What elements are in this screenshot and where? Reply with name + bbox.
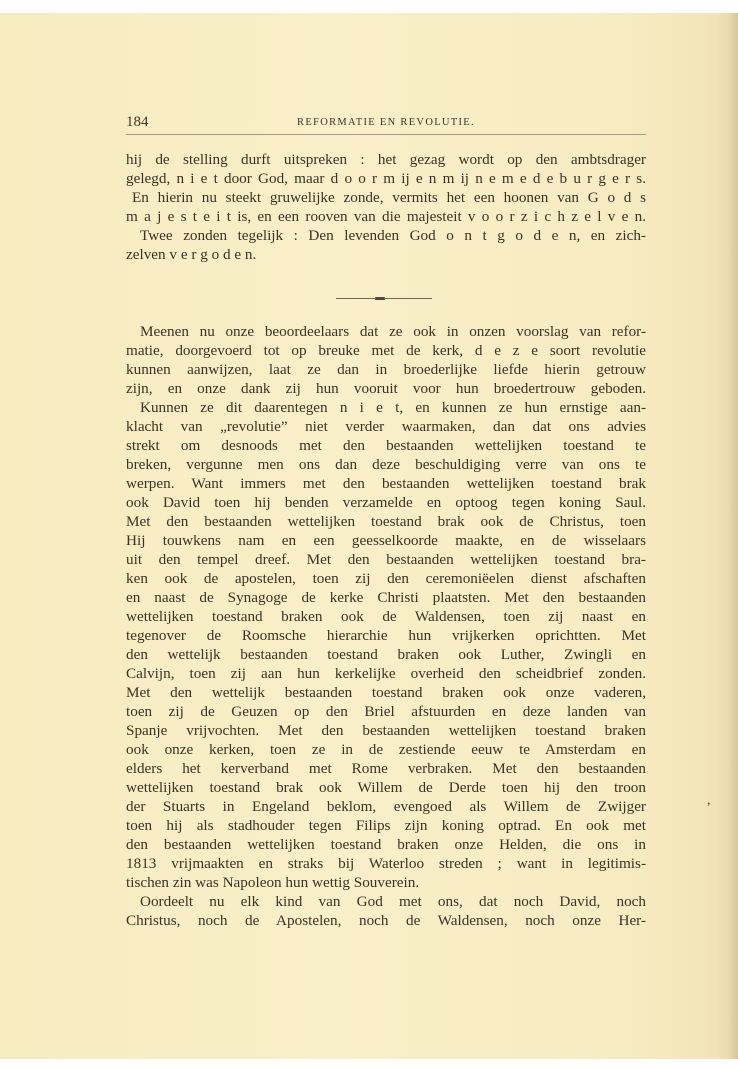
text-line: toen hij als stadhouder tegen Filips zij…	[126, 816, 646, 835]
text-line: der Stuarts in Engeland beklom, evengoed…	[126, 797, 646, 816]
page-header: 184 REFORMATIE EN REVOLUTIE.	[126, 114, 646, 134]
text-line: ook onze kerken, toen ze in de zestiende…	[126, 740, 646, 759]
text-line: Christus, noch de Apostelen, noch de Wal…	[126, 911, 646, 930]
text-line: uit den tempel dreef. Met den bestaanden…	[126, 550, 646, 569]
text-line: kunnen aanwijzen, laat ze dan in broeder…	[126, 360, 646, 379]
text-line: Oordeelt nu elk kind van God met ons, da…	[140, 892, 646, 911]
page-edge-shadow	[728, 13, 738, 1059]
margin-mark: ,	[707, 793, 711, 809]
header-rule	[126, 134, 646, 135]
text-line: ook David toen hij benden verzamelde en …	[126, 493, 646, 512]
text-line: Hij touwkens nam en een geesselkoorde ma…	[126, 531, 646, 550]
text-line: hij de stelling durft uitspreken : het g…	[126, 150, 646, 169]
text-line: zelven v e r g o d e n.	[126, 245, 646, 264]
text-line: matie, doorgevoerd tot op breuke met de …	[126, 341, 646, 360]
text-line: den bestaanden wettelijken toestand brak…	[126, 835, 646, 854]
text-line: den wettelijk bestaanden toestand braken…	[126, 645, 646, 664]
text-line: Kunnen ze dit daarentegen n i e t, en ku…	[140, 398, 646, 417]
text-line: Spanje vrijvochten. Met den bestaanden w…	[126, 721, 646, 740]
section-divider-ornament	[375, 297, 385, 300]
text-line: werpen. Want immers met den bestaanden w…	[126, 474, 646, 493]
text-line: wettelijken toestand braken ook de Walde…	[126, 607, 646, 626]
text-line: en naast de Synagoge de kerke Christi pl…	[126, 588, 646, 607]
text-line: strekt om desnoods met den bestaanden we…	[126, 436, 646, 455]
text-line: Met den wettelijk bestaanden toestand br…	[126, 683, 646, 702]
text-line: tischen zin was Napoleon hun wettig Souv…	[126, 873, 646, 892]
text-line: En hierin nu steekt gruwelijke zonde, ve…	[132, 188, 646, 207]
text-line: klacht van „revolutie” niet verder waarm…	[126, 417, 646, 436]
text-line: gelegd, n i e t door God, maar d o o r m…	[126, 169, 646, 188]
text-line: tegenover de Roomsche hierarchie hun vri…	[126, 626, 646, 645]
text-line: Meenen nu onze beoordeelaars dat ze ook …	[140, 322, 646, 341]
book-page: 184 REFORMATIE EN REVOLUTIE. hij de stel…	[0, 13, 738, 1059]
text-line: zijn, en onze dank zij hun vooruit voor …	[126, 379, 646, 398]
running-title: REFORMATIE EN REVOLUTIE.	[126, 117, 646, 128]
text-line: elders het kerverband met Rome verbraken…	[126, 759, 646, 778]
text-line: toen zij de Geuzen op den Briel afstuurd…	[126, 702, 646, 721]
text-line: wettelijken toestand brak ook Willem de …	[126, 778, 646, 797]
text-line: ken ook de apostelen, toen zij den cerem…	[126, 569, 646, 588]
text-line: Met den bestaanden wettelijken toestand …	[126, 512, 646, 531]
text-line: m a j e s t e i t is, en een rooven van …	[126, 207, 646, 226]
text-line: 1813 vrijmaakten en straks bij Waterloo …	[126, 854, 646, 873]
text-line: Twee zonden tegelijk : Den levenden God …	[140, 226, 646, 245]
text-line: breken, vergunne men ons dan deze beschu…	[126, 455, 646, 474]
text-line: Calvijn, toen zij aan hun kerkelijke ove…	[126, 664, 646, 683]
